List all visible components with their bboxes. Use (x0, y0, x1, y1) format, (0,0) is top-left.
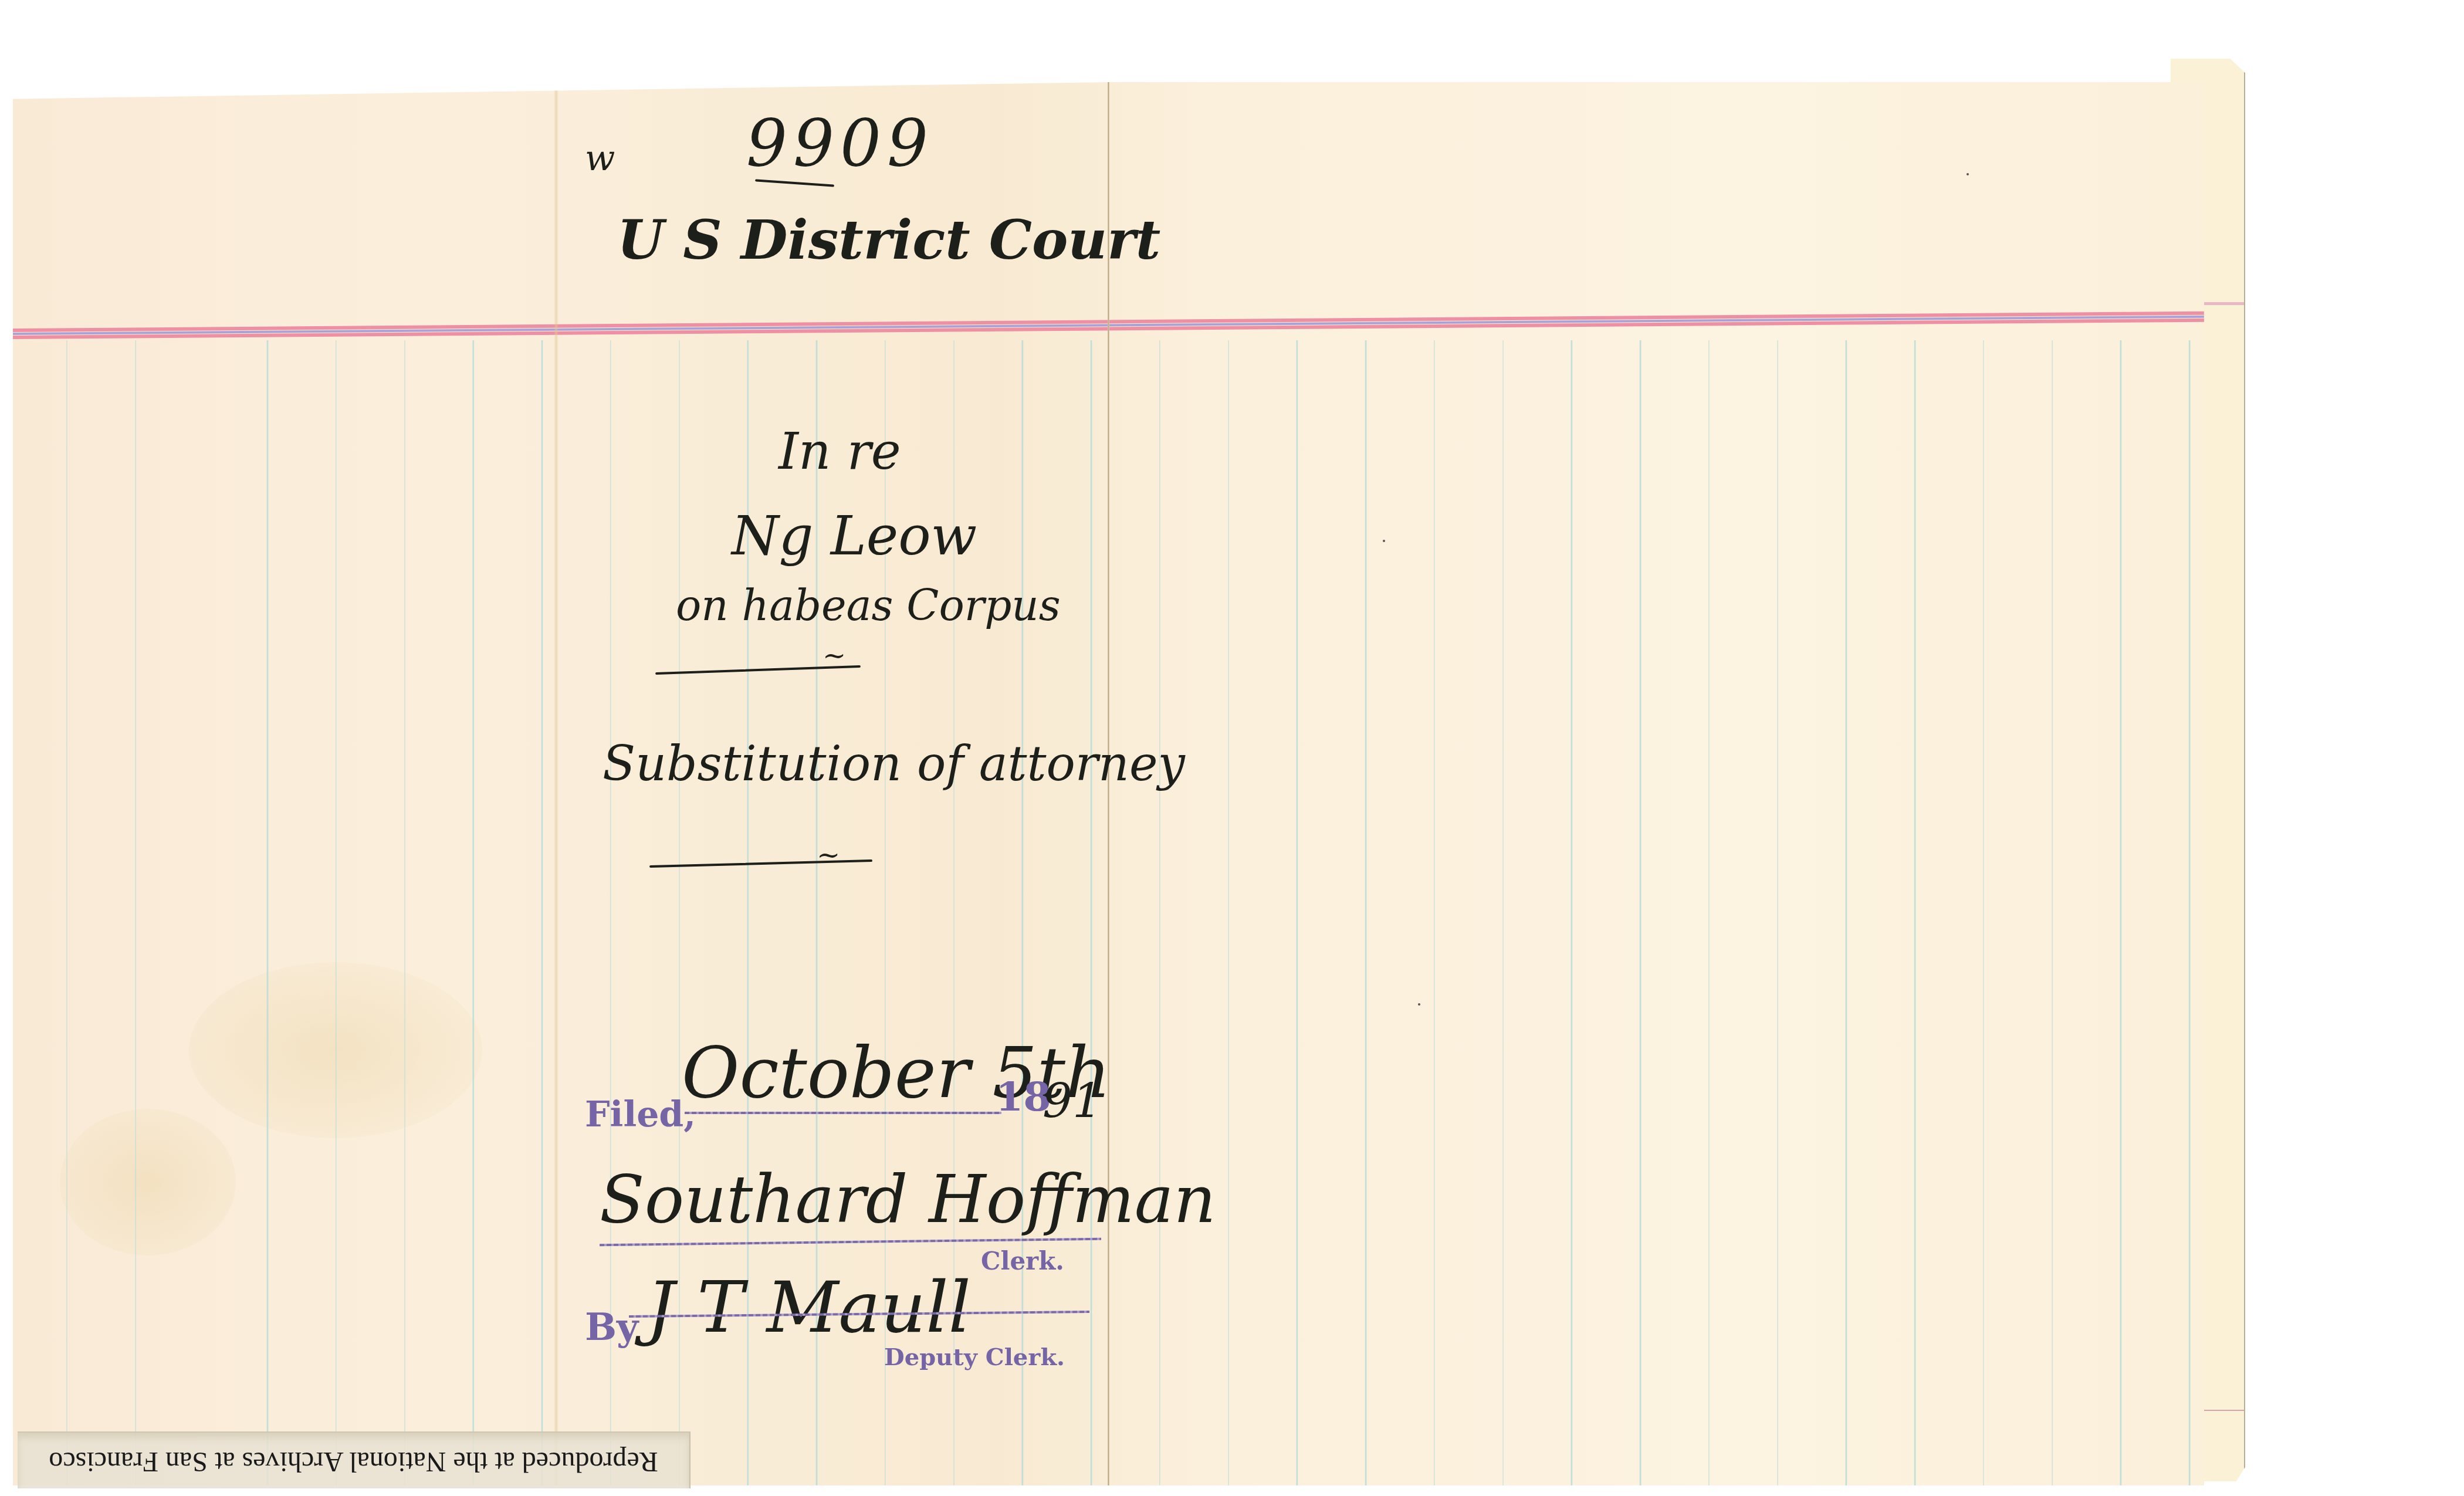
paper-speck (1383, 540, 1385, 542)
archive-label-text: Reproduced at the National Archives at S… (18, 1446, 689, 1478)
archive-label: Reproduced at the National Archives at S… (18, 1431, 691, 1488)
court-name: U S District Court (617, 208, 1160, 272)
caption-proceeding: on habeas Corpus (676, 581, 1061, 630)
filed-year-suffix: 91 (1043, 1074, 1102, 1128)
stamp-by-label: By (585, 1305, 638, 1349)
margin-mark: w (585, 138, 615, 179)
document-sheet: w 9909 U S District Court In re Ng Leow … (13, 82, 2204, 1485)
case-number: 9909 (746, 106, 934, 181)
document-title: Substitution of attorney (603, 736, 1185, 792)
back-sheet-rule (2200, 302, 2244, 305)
stamp-date-line (685, 1112, 1001, 1114)
caption-in-re: In re (779, 422, 901, 481)
clerk-signature: Southard Hoffman (600, 1162, 1216, 1238)
back-sheet-rule-bottom (2197, 1410, 2244, 1411)
stamp-filed-label: Filed, (585, 1094, 696, 1135)
paper-speck (1418, 1003, 1420, 1006)
stamp-clerk-label: Clerk. (981, 1247, 1064, 1275)
paper-crease (554, 82, 559, 1485)
paper-speck (1967, 173, 1969, 175)
deputy-signature: J T Maull (647, 1267, 971, 1349)
caption-party: Ng Leow (732, 505, 977, 567)
divider-mark: ~ (817, 839, 840, 872)
divider-mark: ~ (823, 639, 846, 672)
stamp-deputy-label: Deputy Clerk. (884, 1343, 1065, 1371)
